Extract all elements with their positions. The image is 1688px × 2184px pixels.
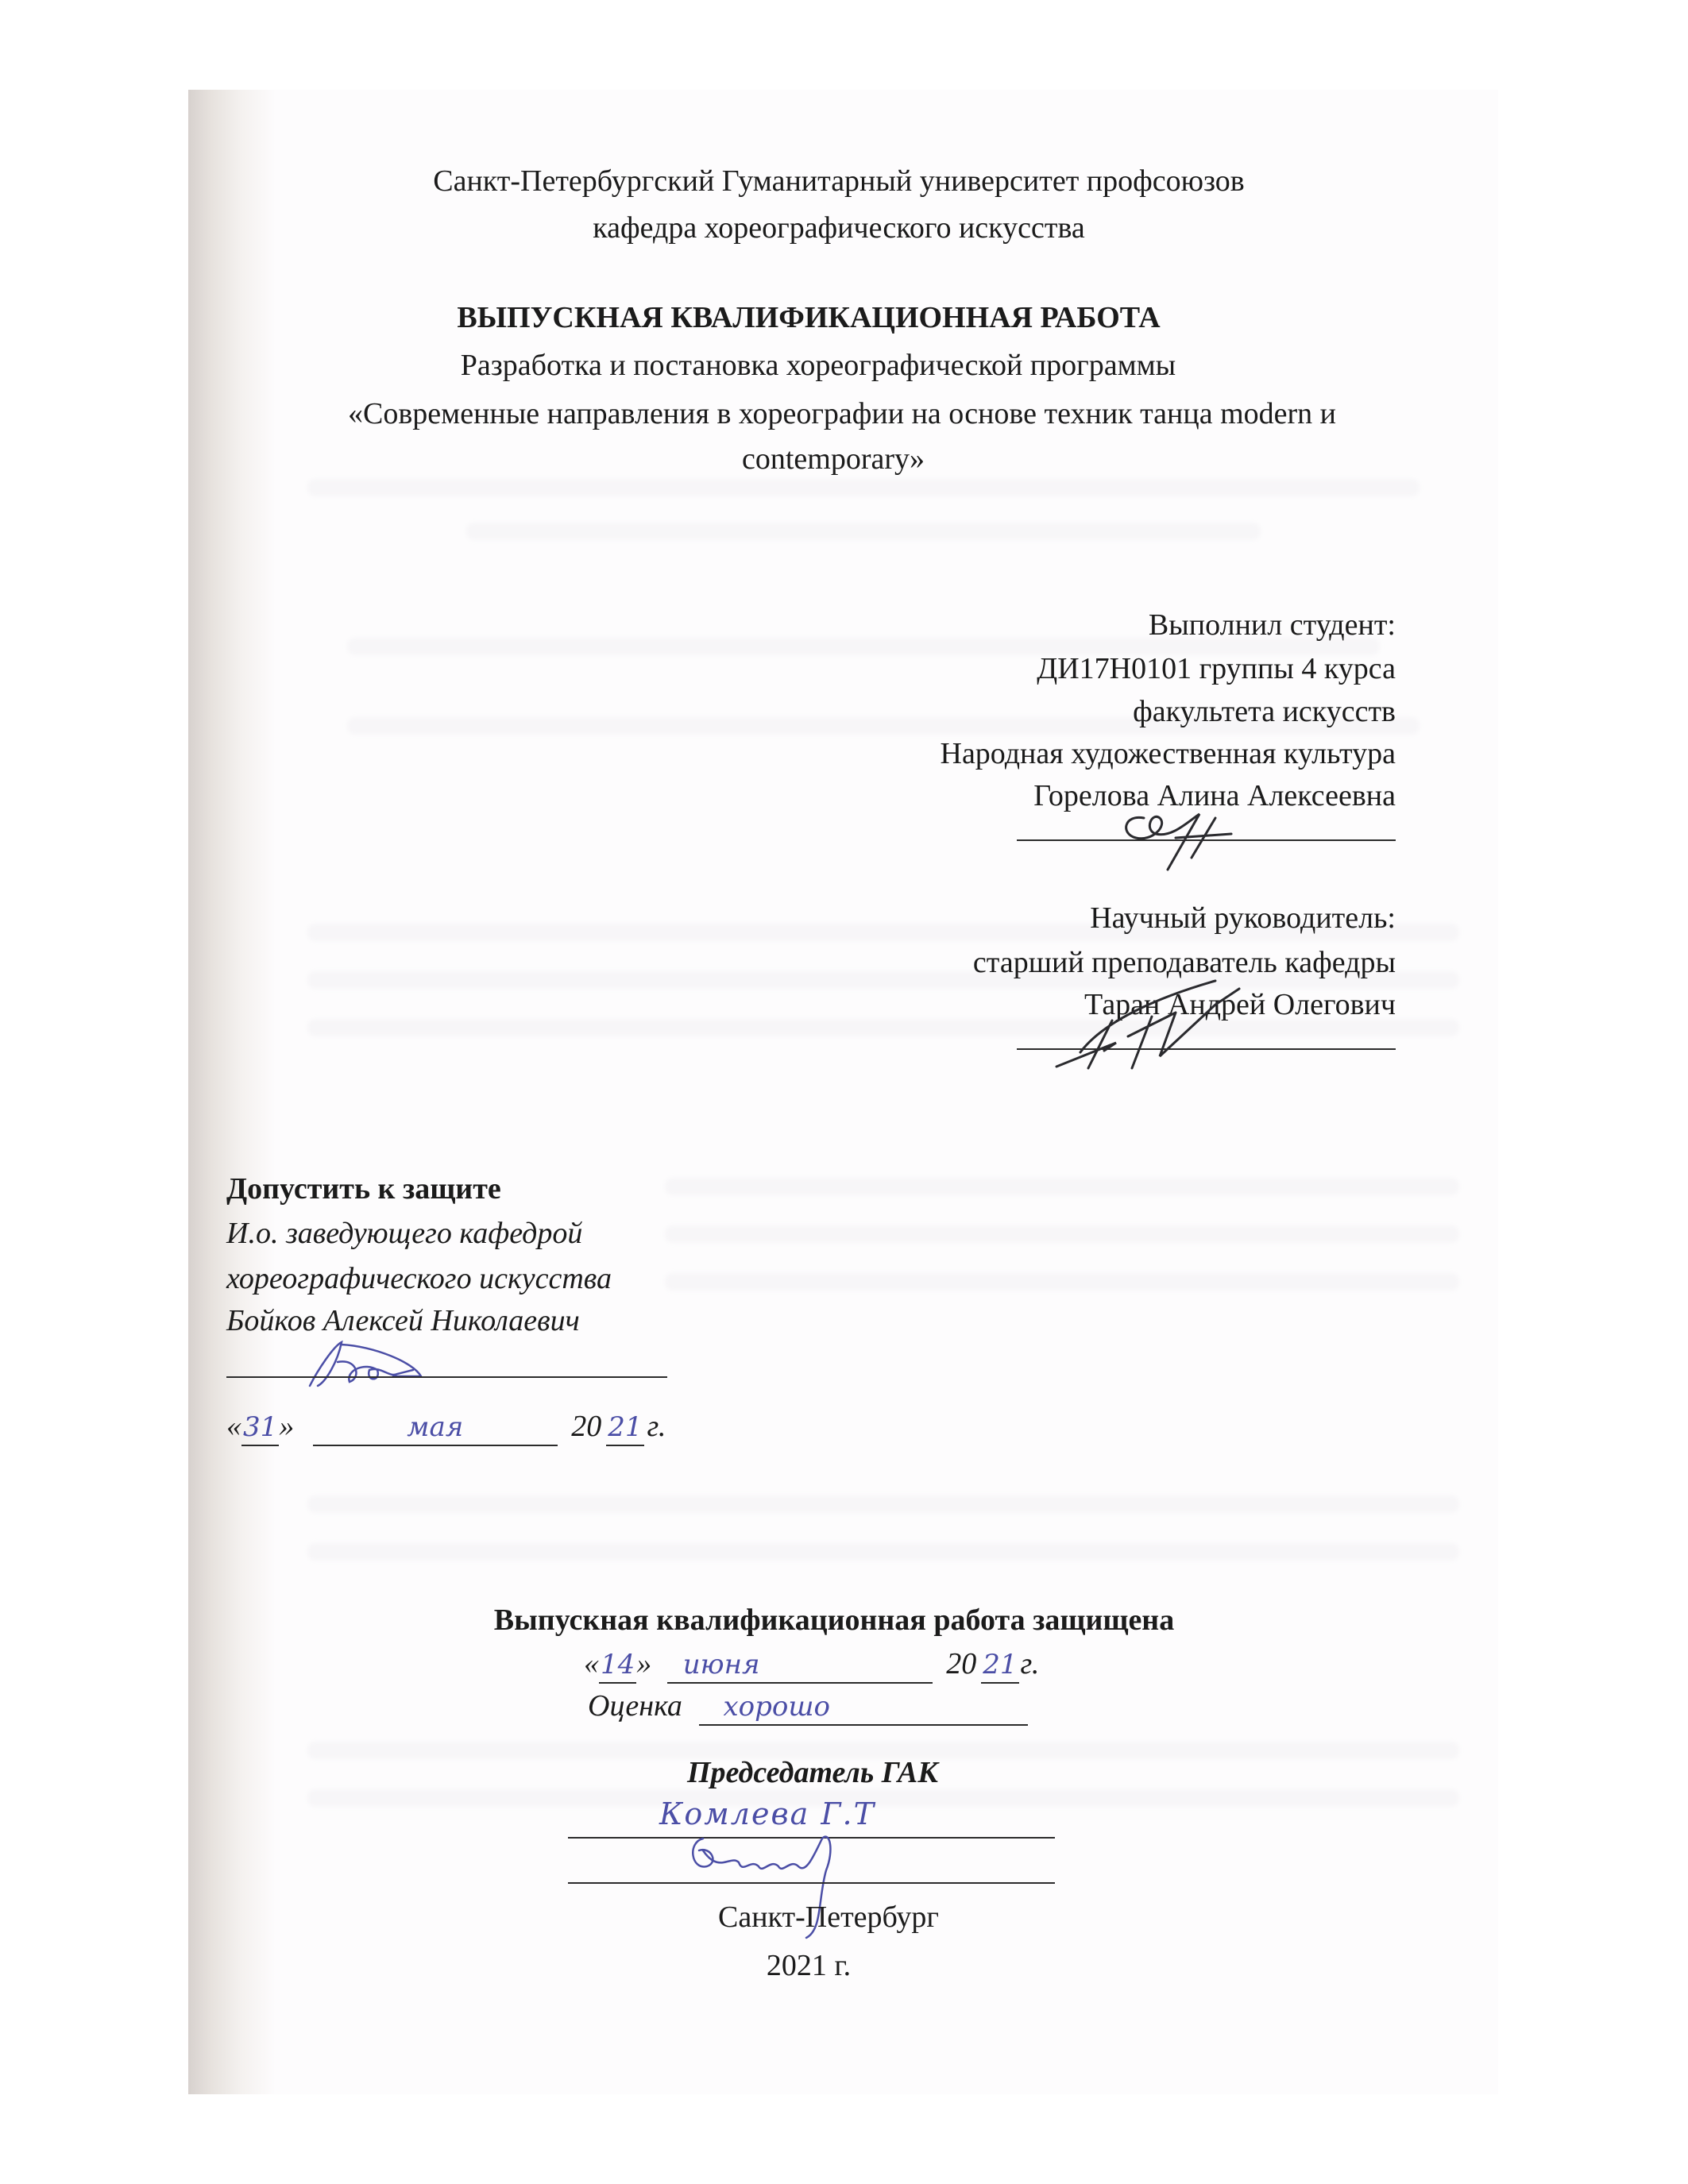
bleed-through-texture bbox=[307, 479, 1420, 496]
student-label: Выполнил студент: bbox=[1149, 608, 1396, 642]
date-quote: « bbox=[226, 1410, 241, 1443]
defense-year-suffix: 21 bbox=[981, 1647, 1018, 1684]
bleed-through-texture bbox=[665, 1225, 1459, 1243]
year-prefix: 20 bbox=[571, 1410, 601, 1443]
bleed-through-texture bbox=[307, 1543, 1459, 1561]
department-name: кафедра хореографического искусства bbox=[593, 210, 1085, 245]
bleed-through-texture bbox=[466, 523, 1261, 540]
student-faculty: факультета искусств bbox=[1133, 694, 1396, 729]
year-unit: г. bbox=[647, 1410, 666, 1443]
admission-role-line1: И.о. заведующего кафедрой bbox=[226, 1216, 582, 1251]
admission-date: «31» мая 2021г. bbox=[226, 1409, 666, 1446]
department-head-signature bbox=[302, 1338, 477, 1394]
city: Санкт-Петербург bbox=[718, 1900, 939, 1935]
grade-value: хорошо bbox=[699, 1689, 1028, 1726]
admission-heading: Допустить к защите bbox=[226, 1171, 501, 1206]
student-specialty: Народная художественная культура bbox=[941, 736, 1396, 771]
date-quote: » bbox=[636, 1647, 651, 1680]
student-group: ДИ17Н0101 группы 4 курса bbox=[1037, 651, 1396, 686]
grade-row: Оценка хорошо bbox=[588, 1688, 1028, 1726]
admission-day: 31 bbox=[241, 1410, 279, 1446]
work-topic-line1: «Современные направления в хореографии н… bbox=[348, 396, 1336, 431]
work-topic-line2: contemporary» bbox=[742, 442, 925, 477]
admission-role-line2: хореографического искусства bbox=[226, 1261, 612, 1296]
commission-signature-line-2 bbox=[568, 1882, 1055, 1884]
supervisor-label: Научный руководитель: bbox=[1090, 901, 1396, 936]
department-head-signature-line bbox=[226, 1376, 667, 1378]
defense-month: июня bbox=[667, 1647, 933, 1684]
document-type-heading: ВЫПУСКНАЯ КВАЛИФИКАЦИОННАЯ РАБОТА bbox=[457, 300, 1160, 335]
bleed-through-texture bbox=[665, 1178, 1459, 1195]
title-page bbox=[188, 90, 1498, 2094]
admission-head-name: Бойков Алексей Николаевич bbox=[226, 1303, 580, 1338]
bleed-through-texture bbox=[307, 1495, 1459, 1513]
bleed-through-texture bbox=[307, 1789, 1459, 1807]
date-quote: « bbox=[584, 1647, 599, 1680]
date-quote: » bbox=[279, 1410, 294, 1443]
defense-heading: Выпускная квалификационная работа защище… bbox=[494, 1603, 1174, 1638]
defense-day: 14 bbox=[599, 1647, 636, 1684]
page-edge-shadow bbox=[188, 90, 276, 2094]
admission-year-suffix: 21 bbox=[606, 1410, 643, 1446]
grade-label: Оценка bbox=[588, 1689, 682, 1723]
year-prefix: 20 bbox=[946, 1647, 976, 1680]
year: 2021 г. bbox=[767, 1948, 851, 1983]
bleed-through-texture bbox=[665, 1273, 1459, 1291]
university-name: Санкт-Петербургский Гуманитарный универс… bbox=[433, 164, 1245, 199]
defense-date: «14» июня 2021г. bbox=[584, 1646, 1039, 1684]
commission-chair-heading: Председатель ГАК bbox=[687, 1755, 938, 1790]
work-subtitle: Разработка и постановка хореографической… bbox=[461, 348, 1176, 383]
supervisor-signature bbox=[1056, 973, 1263, 1076]
admission-month: мая bbox=[313, 1410, 558, 1446]
student-signature bbox=[1112, 802, 1271, 874]
year-unit: г. bbox=[1021, 1647, 1040, 1680]
